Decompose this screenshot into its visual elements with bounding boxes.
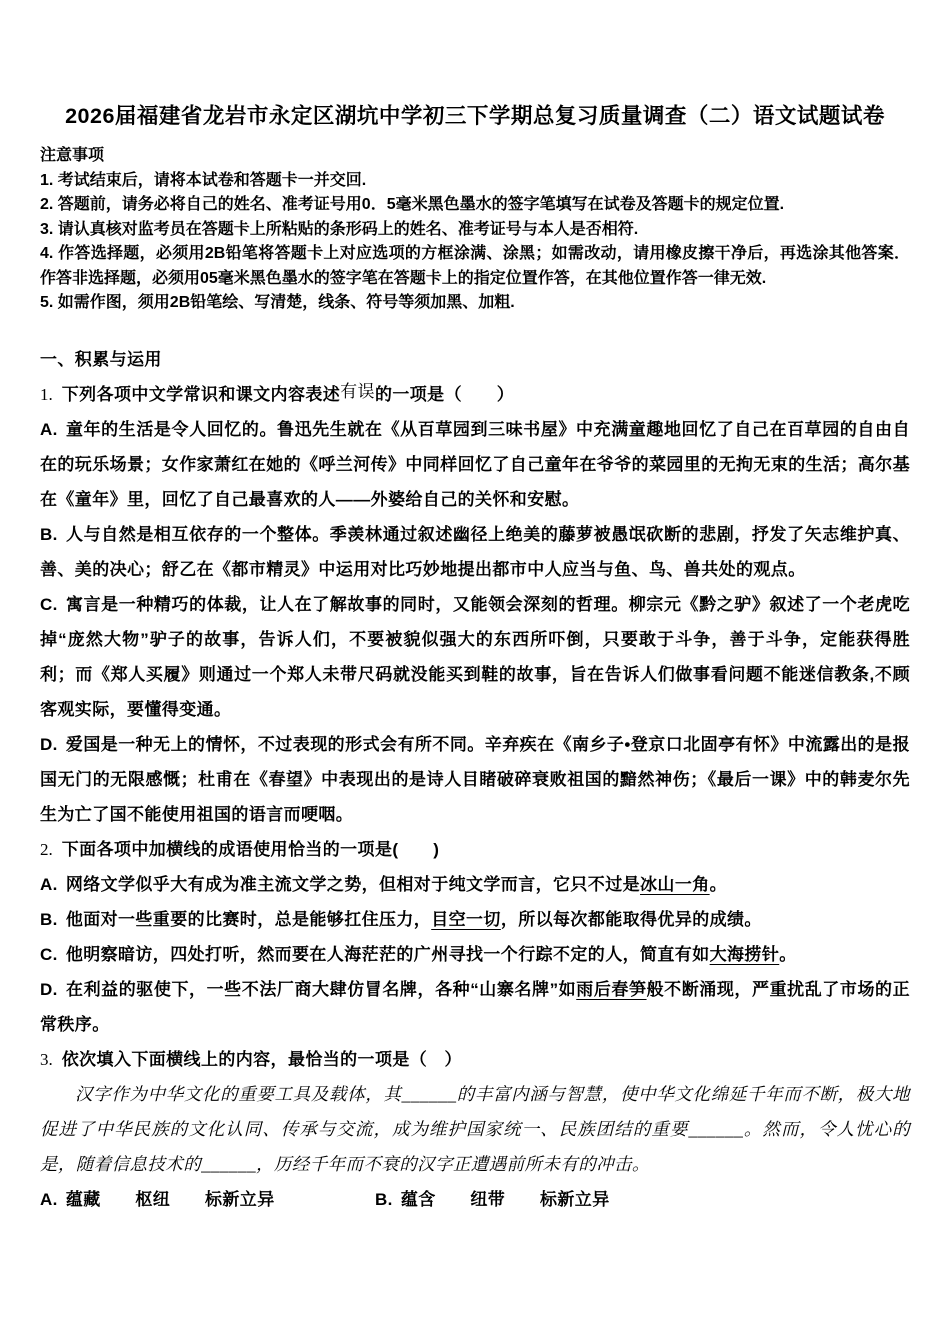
question-1-number: 1. [40, 385, 53, 404]
question-2-option-b: B.他面对一些重要的比赛时，总是能够扛住压力，目空一切，所以每次都能取得优异的成… [40, 902, 910, 937]
question-1-stem-text: 下列各项中文学常识和课文内容表述 [62, 385, 340, 404]
question-1-option-c: C.寓言是一种精巧的体裁，让人在了解故事的同时，又能领会深刻的哲理。柳宗元《黔之… [40, 587, 910, 727]
notice-item-5: 5. 如需作图，须用2B铅笔绘、写清楚，线条、符号等须加黑、加粗. [40, 291, 910, 316]
option-label-d: D. [40, 735, 58, 754]
notice-item-3: 3. 请认真核对监考员在答题卡上所粘贴的条形码上的姓名、准考证号与本人是否相符. [40, 218, 910, 243]
option-text-pre: 网络文学似乎大有成为准主流文学之势，但相对于纯文学而言，它只不过是 [66, 875, 640, 894]
question-2-option-a: A.网络文学似乎大有成为准主流文学之势，但相对于纯文学而言，它只不过是冰山一角。 [40, 867, 910, 902]
underlined-idiom: 目空一切 [431, 910, 501, 929]
option-label-d: D. [40, 980, 58, 999]
option-text-post: 。 [779, 945, 796, 964]
question-2-option-c: C.他明察暗访，四处打听，然而要在人海茫茫的广州寻找一个行踪不定的人，简直有如大… [40, 937, 910, 972]
option-label-b: B. [375, 1190, 393, 1209]
option-label-c: C. [40, 945, 58, 964]
option-label-a: A. [40, 420, 58, 439]
page-title: 2026届福建省龙岩市永定区湖坑中学初三下学期总复习质量调查（二）语文试题试卷 [40, 100, 910, 132]
notice-item-4: 4. 作答选择题，必须用2B铅笔将答题卡上对应选项的方框涂满、涂黑；如需改动，请… [40, 242, 910, 291]
notice-section: 注意事项 1. 考试结束后，请将本试卷和答题卡一并交回. 2. 答题前，请务必将… [40, 144, 910, 316]
question-3-stem: 3.依次填入下面横线上的内容，最恰当的一项是（ ） [40, 1042, 910, 1077]
option-text-post: 。 [710, 875, 727, 894]
underlined-idiom: 雨后春笋 [576, 980, 646, 999]
option-label-b: B. [40, 910, 58, 929]
section-heading: 一、积累与运用 [40, 342, 910, 377]
question-1-option-d: D.爱国是一种无上的情怀，不过表现的形式会有所不同。辛弃疾在《南乡子•登京口北固… [40, 727, 910, 832]
option-label-b: B. [40, 525, 58, 544]
notice-item-1: 1. 考试结束后，请将本试卷和答题卡一并交回. [40, 169, 910, 194]
option-text-pre: 他明察暗访，四处打听，然而要在人海茫茫的广州寻找一个行踪不定的人，简直有如 [66, 945, 710, 964]
option-text: 童年的生活是令人回忆的。鲁迅先生就在《从百草园到三味书屋》中充满童趣地回忆了自己… [40, 420, 910, 509]
option-text-pre: 在利益的驱使下，一些不法厂商大肆仿冒名牌，各种“山寨名牌”如 [66, 980, 576, 999]
option-text-post: ，所以每次都能取得优异的成绩。 [501, 910, 762, 929]
question-2-stem: 2.下面各项中加横线的成语使用恰当的一项是( ) [40, 832, 910, 867]
option-label-c: C. [40, 595, 58, 614]
question-3-passage: 汉字作为中华文化的重要工具及载体，其______的丰富内涵与智慧，使中华文化绵延… [40, 1077, 910, 1182]
question-3-option-b: B.蕴含 纽带 标新立异 [375, 1182, 610, 1217]
question-1-option-a: A.童年的生活是令人回忆的。鲁迅先生就在《从百草园到三味书屋》中充满童趣地回忆了… [40, 412, 910, 517]
question-2-stem-text: 下面各项中加横线的成语使用恰当的一项是( ) [62, 840, 440, 859]
option-label-a: A. [40, 875, 58, 894]
question-1-stem-emphasis: 有误 [340, 382, 375, 401]
underlined-idiom: 冰山一角 [640, 875, 710, 894]
question-3-number: 3. [40, 1050, 53, 1069]
question-3-option-a: A.蕴藏 枢纽 标新立异 [40, 1182, 375, 1217]
option-text-pre: 他面对一些重要的比赛时，总是能够扛住压力， [66, 910, 431, 929]
notice-heading: 注意事项 [40, 144, 910, 169]
exam-paper-page: 2026届福建省龙岩市永定区湖坑中学初三下学期总复习质量调查（二）语文试题试卷 … [0, 0, 950, 1344]
question-3-stem-text: 依次填入下面横线上的内容，最恰当的一项是（ ） [62, 1050, 462, 1069]
question-2-option-d: D.在利益的驱使下，一些不法厂商大肆仿冒名牌，各种“山寨名牌”如雨后春笋般不断涌… [40, 972, 910, 1042]
option-text: 爱国是一种无上的情怀，不过表现的形式会有所不同。辛弃疾在《南乡子•登京口北固亭有… [40, 735, 910, 824]
option-label-a: A. [40, 1190, 58, 1209]
option-text: 蕴藏 枢纽 标新立异 [66, 1190, 275, 1209]
question-1-stem: 1.下列各项中文学常识和课文内容表述有误的一项是（ ） [40, 377, 910, 412]
question-area: 一、积累与运用 1.下列各项中文学常识和课文内容表述有误的一项是（ ） A.童年… [40, 342, 910, 1217]
notice-item-2: 2. 答题前，请务必将自己的姓名、准考证号用0．5毫米黑色墨水的签字笔填写在试卷… [40, 193, 910, 218]
question-1-stem-tail: 的一项是（ ） [375, 385, 514, 404]
option-text: 寓言是一种精巧的体裁，让人在了解故事的同时，又能领会深刻的哲理。柳宗元《黔之驴》… [40, 595, 910, 719]
question-3-options-row: A.蕴藏 枢纽 标新立异 B.蕴含 纽带 标新立异 [40, 1182, 910, 1217]
option-text: 人与自然是相互依存的一个整体。季羡林通过叙述幽径上绝美的藤萝被愚氓砍断的悲剧，抒… [40, 525, 910, 579]
underlined-idiom: 大海捞针 [710, 945, 780, 964]
question-2-number: 2. [40, 840, 53, 859]
question-1-option-b: B.人与自然是相互依存的一个整体。季羡林通过叙述幽径上绝美的藤萝被愚氓砍断的悲剧… [40, 517, 910, 587]
option-text: 蕴含 纽带 标新立异 [401, 1190, 610, 1209]
